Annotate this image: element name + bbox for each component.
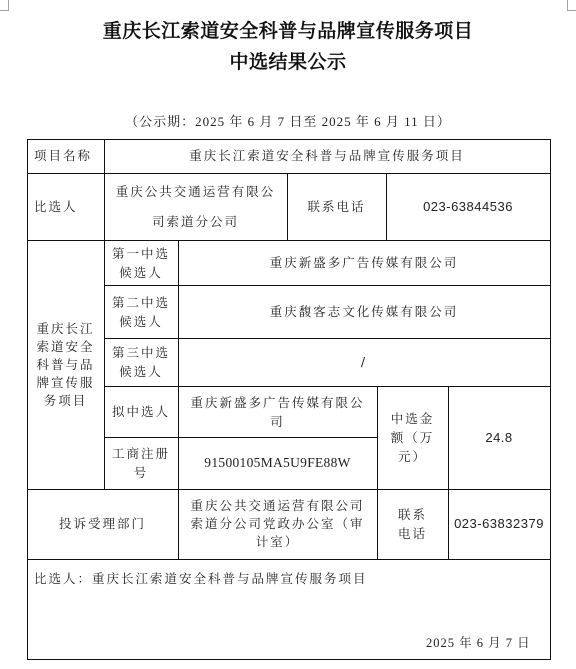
candidate-2-value: 重庆馥客志文化传媒有限公司 xyxy=(178,285,550,338)
footer-note: 比选人：重庆长江索道安全科普与品牌宣传服务项目 xyxy=(34,569,368,587)
complaint-dept-label: 投诉受理部门 xyxy=(27,489,178,559)
complaint-phone-value: 023-63832379 xyxy=(448,489,550,559)
amount-value: 24.8 xyxy=(448,386,550,489)
project-name-value: 重庆长江索道安全科普与品牌宣传服务项目 xyxy=(104,139,550,173)
complaint-phone-label: 联系电话 xyxy=(377,489,448,559)
buyer-phone-value: 023-63844536 xyxy=(386,173,550,240)
registration-label: 工商注册号 xyxy=(104,437,178,489)
project-group-label: 重庆长江索道安全科普与品牌宣传服务项目 xyxy=(27,240,104,489)
table-border-bottom xyxy=(27,659,551,660)
table-border-right xyxy=(550,139,551,660)
candidate-2-label: 第二中选候选人 xyxy=(104,285,178,338)
candidate-3-value: / xyxy=(178,338,550,386)
candidate-1-value: 重庆新盛多广告传媒有限公司 xyxy=(178,240,550,285)
amount-label: 中选金额（万元） xyxy=(377,386,448,489)
buyer-label: 比选人 xyxy=(27,173,104,240)
buyer-phone-label: 联系电话 xyxy=(287,173,386,240)
complaint-dept-value: 重庆公共交通运营有限公司索道分公司党政办公室（审计室） xyxy=(178,489,377,559)
registration-value: 91500105MA5U9FE88W xyxy=(178,437,377,489)
winner-label: 拟中选人 xyxy=(104,386,178,437)
candidate-1-label: 第一中选候选人 xyxy=(104,240,178,285)
project-name-label: 项目名称 xyxy=(27,139,104,173)
winner-value: 重庆新盛多广告传媒有限公司 xyxy=(178,386,377,437)
row-divider xyxy=(27,559,551,560)
candidate-3-label: 第三中选候选人 xyxy=(104,338,178,386)
sign-date: 2025 年 6 月 7 日 xyxy=(426,633,531,651)
buyer-value: 重庆公共交通运营有限公司索道分公司 xyxy=(104,173,287,240)
